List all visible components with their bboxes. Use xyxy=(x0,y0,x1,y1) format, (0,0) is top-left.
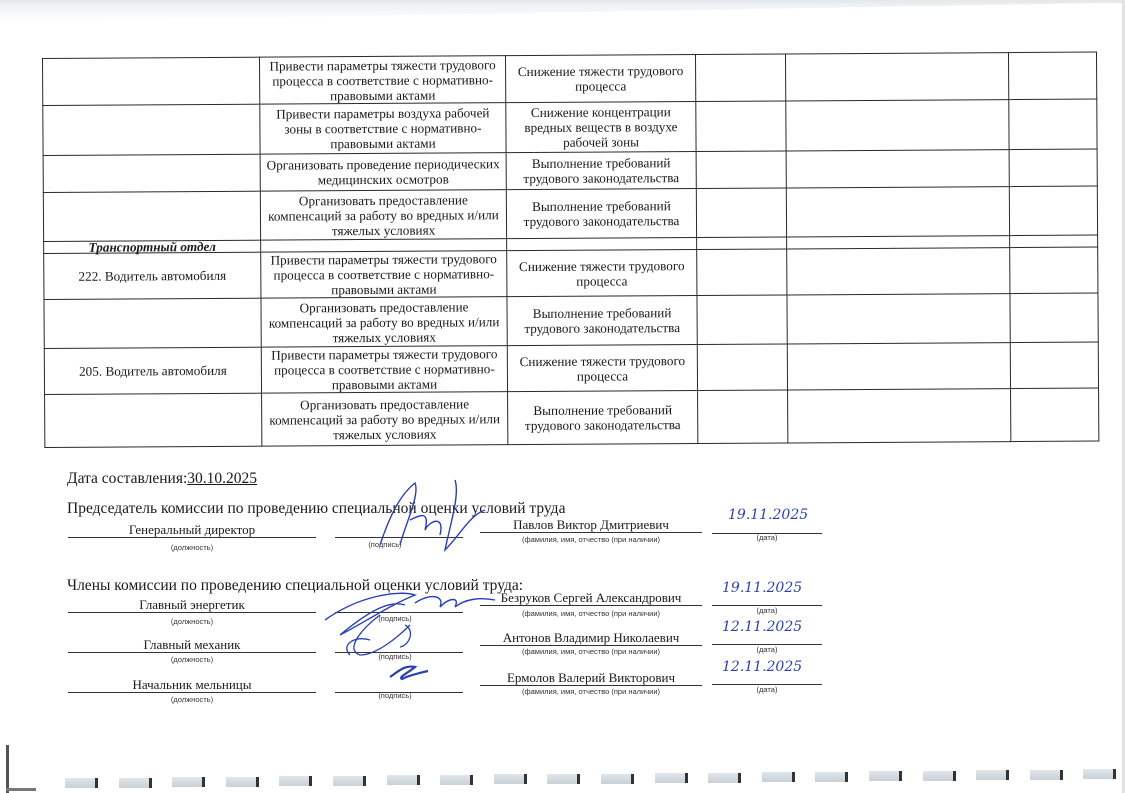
caption-date: (дата) xyxy=(712,606,822,615)
perforation-mark xyxy=(976,770,1009,780)
position-cell xyxy=(43,57,260,105)
caption-date: (дата) xyxy=(712,645,822,654)
compilation-date-line: Дата составления:30.10.2025 xyxy=(67,470,261,488)
perforation-mark xyxy=(655,773,688,783)
responsible-cell xyxy=(786,187,1009,237)
member-3-position: Начальник мельницы xyxy=(68,677,316,693)
measure-cell: Привести параметры воздуха рабочей зоны … xyxy=(260,103,506,155)
table-row: Организовать проведение периодических ме… xyxy=(43,149,1097,192)
caption-position: (должность) xyxy=(68,695,316,704)
perforation-mark xyxy=(869,771,902,781)
member-3-date: 12.11.2025 xyxy=(722,659,802,675)
member-signatures xyxy=(320,585,500,695)
chairman-heading: Председатель комиссии по проведению спец… xyxy=(67,500,565,518)
note-cell xyxy=(1010,293,1098,343)
member-1-date: 19.11.2025 xyxy=(722,580,802,596)
caption-fullname: (фамилия, имя, отчество (при наличии) xyxy=(480,535,702,544)
position-cell: 205. Водитель автомобиля xyxy=(44,347,261,394)
note-cell xyxy=(1011,388,1099,442)
perforation-mark xyxy=(1083,769,1116,779)
responsible-cell xyxy=(787,294,1010,344)
table-row: Организовать предоставление компенсаций … xyxy=(43,186,1097,241)
goal-cell: Выполнение требований трудового законода… xyxy=(506,152,696,190)
perforation-mark xyxy=(387,775,420,785)
caption-fullname: (фамилия, имя, отчество (при наличии) xyxy=(480,647,702,656)
responsible-cell xyxy=(787,248,1010,295)
perforation-mark xyxy=(547,774,580,784)
measure-cell: Организовать проведение периодических ме… xyxy=(260,153,506,192)
caption-position: (должность) xyxy=(68,543,316,552)
deadline-cell xyxy=(695,54,785,102)
deadline-cell xyxy=(696,151,786,189)
table-row: Организовать предоставление компенсаций … xyxy=(45,388,1099,447)
perforation-mark xyxy=(601,774,634,784)
member-3-name: Ермолов Валерий Викторович xyxy=(480,670,702,686)
member-2-date: 12.11.2025 xyxy=(722,619,802,635)
measures-table: Привести параметры тяжести трудового про… xyxy=(42,52,1099,448)
note-cell xyxy=(1010,247,1098,294)
caption-fullname: (фамилия, имя, отчество (при наличии) xyxy=(480,609,702,618)
member-2-name: Антонов Владимир Николаевич xyxy=(480,630,702,646)
perforation-mark xyxy=(923,771,956,781)
goal-cell: Выполнение требований трудового законода… xyxy=(508,391,698,445)
member-1-position: Главный энергетик xyxy=(68,597,316,613)
deadline-cell xyxy=(697,295,787,345)
chairman-date: 19.11.2025 xyxy=(728,507,808,523)
compilation-date: 30.10.2025 xyxy=(187,470,257,487)
note-cell xyxy=(1009,186,1097,236)
deadline-cell xyxy=(697,344,787,391)
table-row: Привести параметры воздуха рабочей зоны … xyxy=(43,99,1097,155)
caption-position: (должность) xyxy=(68,617,316,626)
perforation-mark xyxy=(172,777,205,787)
chairman-signature xyxy=(360,475,490,555)
chairman-name: Павлов Виктор Дмитриевич xyxy=(480,517,702,533)
measure-cell: Привести параметры тяжести трудового про… xyxy=(261,346,507,394)
responsible-cell xyxy=(786,150,1009,188)
caption-date: (дата) xyxy=(712,533,822,542)
measure-cell: Организовать предоставление компенсаций … xyxy=(261,297,507,348)
note-cell xyxy=(1009,99,1097,150)
measure-cell: Организовать предоставление компенсаций … xyxy=(260,190,506,241)
deadline-cell xyxy=(697,249,787,296)
perforation-mark xyxy=(1030,770,1063,780)
scan-shadow xyxy=(0,0,1125,22)
perforation-mark xyxy=(440,775,473,785)
caption-date: (дата) xyxy=(712,685,822,694)
goal-cell: Выполнение требований трудового законода… xyxy=(506,189,696,239)
deadline-cell xyxy=(696,101,786,152)
responsible-cell xyxy=(785,53,1008,101)
scan-corner-mark xyxy=(6,745,9,793)
measure-cell: Организовать предоставление компенсаций … xyxy=(262,392,508,447)
perforation-mark xyxy=(279,776,312,786)
position-cell: 222. Водитель автомобиля xyxy=(44,252,261,299)
empty-cell xyxy=(697,237,787,250)
table-row: Привести параметры тяжести трудового про… xyxy=(43,52,1097,105)
member-2-position: Главный механик xyxy=(68,637,316,653)
perforation-mark xyxy=(762,772,795,782)
perforation-mark xyxy=(708,773,741,783)
goal-cell: Снижение концентрации вредных веществ в … xyxy=(506,102,696,153)
chairman-position: Генеральный директор xyxy=(68,522,316,538)
caption-fullname: (фамилия, имя, отчество (при наличии) xyxy=(480,687,702,696)
position-cell xyxy=(43,104,260,155)
note-cell xyxy=(1010,342,1098,389)
empty-cell xyxy=(1010,235,1098,248)
perforation-mark xyxy=(333,776,366,786)
note-cell xyxy=(1009,149,1097,187)
goal-cell: Снижение тяжести трудового процесса xyxy=(507,345,697,392)
goal-cell: Снижение тяжести трудового процесса xyxy=(507,250,697,297)
deadline-cell xyxy=(696,188,786,238)
perforation-mark xyxy=(494,774,527,784)
measure-cell: Привести параметры тяжести трудового про… xyxy=(261,251,507,299)
table-row: Организовать предоставление компенсаций … xyxy=(44,293,1098,348)
position-cell xyxy=(43,191,260,241)
deadline-cell xyxy=(698,390,788,444)
scan-corner-mark xyxy=(6,788,36,791)
position-cell xyxy=(43,154,260,192)
note-cell xyxy=(1008,52,1096,100)
perforation-mark xyxy=(815,772,848,782)
perforation-mark xyxy=(65,778,98,788)
perforation-mark xyxy=(226,777,259,787)
compilation-label: Дата составления: xyxy=(67,470,187,487)
responsible-cell xyxy=(787,343,1010,390)
perforation-mark xyxy=(119,778,152,788)
caption-position: (должность) xyxy=(68,655,316,664)
position-cell xyxy=(44,298,261,348)
table-row: 205. Водитель автомобиляПривести парамет… xyxy=(44,342,1098,394)
measure-cell: Привести параметры тяжести трудового про… xyxy=(259,56,505,105)
position-cell xyxy=(45,393,262,447)
responsible-cell xyxy=(788,389,1011,443)
table-row: 222. Водитель автомобиляПривести парамет… xyxy=(44,247,1098,299)
goal-cell: Выполнение требований трудового законода… xyxy=(507,296,697,346)
goal-cell: Снижение тяжести трудового процесса xyxy=(505,55,695,103)
member-1-name: Безруков Сергей Александрович xyxy=(480,590,702,606)
responsible-cell xyxy=(786,100,1009,151)
